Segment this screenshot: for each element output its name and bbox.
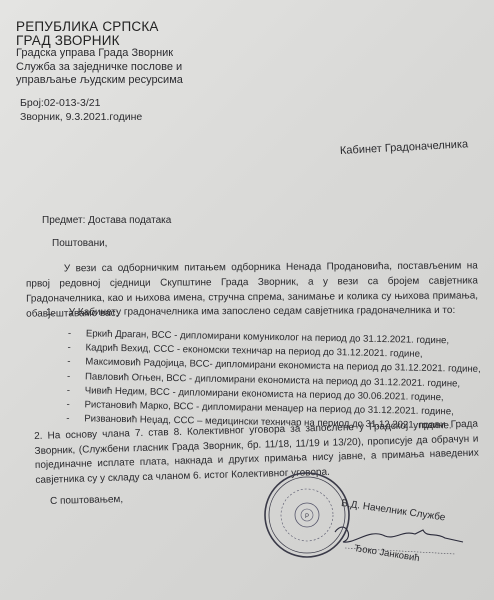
bullet: - xyxy=(68,327,86,342)
list-item-1: 1. У Кабинету градоначелника има запосле… xyxy=(46,305,455,318)
document-meta: Број:02-013-3/21 Зворник, 9.3.2021.годин… xyxy=(20,96,142,124)
bullet: - xyxy=(67,384,85,399)
letterhead: РЕПУБЛИКА СРПСКА ГРАД ЗВОРНИК Градска уп… xyxy=(16,20,183,88)
subject-line: Предмет: Достава података xyxy=(42,215,171,226)
bullet: - xyxy=(67,341,85,356)
list-item-text: У Кабинету градоначелника има запослено … xyxy=(69,305,456,318)
bullet: - xyxy=(66,398,84,413)
letterhead-city: ГРАД ЗВОРНИК xyxy=(16,34,183,48)
closing: С поштовањем, xyxy=(50,494,123,507)
bullet: - xyxy=(67,370,85,385)
letterhead-service-cont: управљање људским ресурсима xyxy=(16,74,183,88)
bullet: - xyxy=(67,355,85,370)
recipient: Кабинет Градоначелника xyxy=(340,138,469,157)
letterhead-republic: РЕПУБЛИКА СРПСКА xyxy=(16,20,183,34)
letterhead-administration: Градска управа Града Зворник xyxy=(16,47,183,61)
list-number: 1. xyxy=(46,307,66,318)
svg-text:P: P xyxy=(305,514,309,520)
list-item-2: 2. На основу члана 7. став 8. Колективно… xyxy=(34,418,479,488)
reference-number: Број:02-013-3/21 xyxy=(20,96,142,110)
letterhead-service: Служба за заједничке послове и xyxy=(16,61,183,75)
place-date: Зворник, 9.3.2021.године xyxy=(20,110,142,124)
advisor-list: -Еркић Драган, ВСС - дипломирани комуник… xyxy=(66,327,468,434)
document-page: РЕПУБЛИКА СРПСКА ГРАД ЗВОРНИК Градска уп… xyxy=(0,0,494,600)
greeting: Поштовани, xyxy=(52,238,107,249)
bullet: - xyxy=(66,412,84,427)
